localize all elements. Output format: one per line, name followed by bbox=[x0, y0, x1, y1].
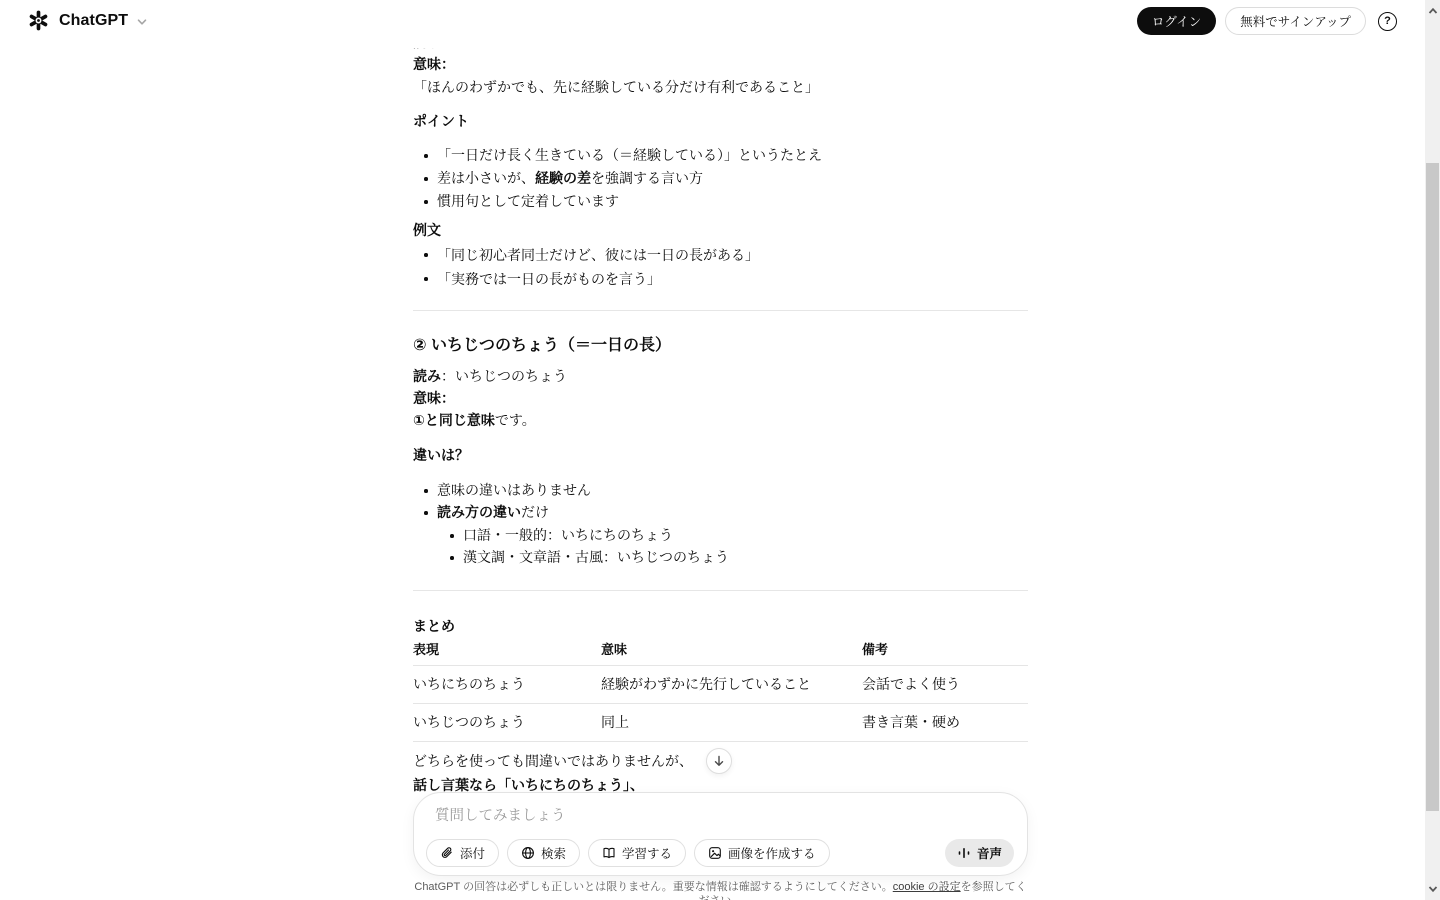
column-header: 意味 bbox=[601, 640, 862, 666]
image-icon bbox=[708, 846, 722, 860]
summary-table-wrap: 表現 意味 備考 いちにちのちょう 経験がわずかに先行していること 会話でよく使… bbox=[413, 640, 1028, 742]
openai-logo-icon bbox=[28, 10, 49, 31]
composer: 添付 検索 学習する 画像を作成する bbox=[413, 792, 1028, 876]
section1-meaning-label: 意味： bbox=[413, 53, 1028, 75]
scrollbar-up-arrow-icon[interactable] bbox=[1425, 3, 1440, 19]
cookie-settings-link[interactable]: cookie の設定 bbox=[893, 881, 961, 893]
top-bar: ChatGPT ログイン 無料でサインアップ ? bbox=[0, 0, 1425, 48]
examples-list: 「同じ初心者同士だけど、彼には一日の長がある」 「実務では一日の長がものを言う」 bbox=[413, 243, 1028, 291]
list-item: 読み方の違いだけ bbox=[413, 501, 1028, 523]
waveform-icon bbox=[957, 846, 971, 860]
difference-heading: 違いは？ bbox=[413, 444, 1028, 466]
table-row: いちじつのちょう 同上 書き言葉・硬め bbox=[413, 704, 1028, 742]
closing-text-bold: 話し言葉なら「いちにちのちょう」、 bbox=[413, 777, 644, 793]
difference-list: 意味の違いはありません 読み方の違いだけ 口語・一般的：いちにちのちょう 漢文調… bbox=[413, 479, 1028, 568]
meaning-rest: です。 bbox=[495, 412, 536, 428]
voice-button[interactable]: 音声 bbox=[945, 839, 1014, 867]
paperclip-icon bbox=[440, 846, 454, 860]
list-item: 「実務では一日の長がものを言う」 bbox=[413, 267, 1028, 291]
closing-text: どちらを使っても間違いではありませんが、 bbox=[413, 753, 693, 769]
example-text: 「同じ初心者同士だけど、彼には一日の長がある」 bbox=[437, 247, 759, 263]
study-button[interactable]: 学習する bbox=[588, 839, 686, 867]
meaning-bold: ①と同じ意味 bbox=[413, 412, 495, 428]
point-text: 慣用句として定着しています bbox=[437, 193, 619, 209]
create-image-button[interactable]: 画像を作成する bbox=[694, 839, 830, 867]
login-button[interactable]: ログイン bbox=[1137, 7, 1216, 35]
scrollbar bbox=[1425, 0, 1440, 900]
list-item: 慣用句として定着しています bbox=[413, 190, 1028, 213]
reading-value: ：いちじつのちょう bbox=[441, 368, 567, 384]
table-cell: いちにちのちょう bbox=[413, 666, 601, 704]
list-item: 「同じ初心者同士だけど、彼には一日の長がある」 bbox=[413, 243, 1028, 267]
composer-tools: 添付 検索 学習する 画像を作成する bbox=[426, 839, 830, 867]
examples-heading: 例文 bbox=[413, 219, 1028, 241]
table-row: いちにちのちょう 経験がわずかに先行していること 会話でよく使う bbox=[413, 666, 1028, 704]
list-item: 「一日だけ長く生きている（＝経験している）」というたとえ bbox=[413, 144, 1028, 167]
auth-actions: ログイン 無料でサインアップ ? bbox=[1137, 7, 1397, 35]
point-text: 差は小さいが、 bbox=[437, 170, 535, 186]
help-icon[interactable]: ? bbox=[1378, 12, 1397, 31]
scroll-to-bottom-button[interactable] bbox=[706, 748, 732, 774]
table-cell: 同上 bbox=[601, 704, 862, 742]
table-cell: 会話でよく使う bbox=[862, 666, 1028, 704]
disclaimer-text: ChatGPT の回答は必ずしも正しいとは限りません。重要な情報は確認するように… bbox=[414, 881, 892, 893]
list-item: 口語・一般的：いちにちのちょう bbox=[439, 524, 1028, 546]
create-image-label: 画像を作成する bbox=[728, 844, 816, 862]
disclaimer: ChatGPT の回答は必ずしも正しいとは限りません。重要な情報は確認するように… bbox=[413, 880, 1028, 900]
globe-icon bbox=[521, 846, 535, 860]
section2-reading: 読み：いちじつのちょう bbox=[413, 365, 1028, 387]
summary-heading: まとめ bbox=[413, 615, 1028, 637]
table-cell: いちじつのちょう bbox=[413, 704, 601, 742]
study-label: 学習する bbox=[622, 844, 672, 862]
attach-button[interactable]: 添付 bbox=[426, 839, 499, 867]
list-item: 漢文調・文章語・古風：いちじつのちょう bbox=[439, 546, 1028, 568]
points-list: 「一日だけ長く生きている（＝経験している）」というたとえ 差は小さいが、経験の差… bbox=[413, 144, 1028, 213]
chatgpt-app: ChatGPT ログイン 無料でサインアップ ? ① いちにちのおさ（＝一日の長… bbox=[0, 0, 1440, 900]
list-item: 意味の違いはありません bbox=[413, 479, 1028, 501]
scrollbar-thumb[interactable] bbox=[1426, 163, 1439, 811]
point-text: 「一日だけ長く生きている（＝経験している）」というたとえ bbox=[437, 147, 822, 163]
section2-title: ② いちじつのちょう（＝一日の長） bbox=[413, 335, 1028, 357]
diff-text-bold: 読み方の違い bbox=[437, 504, 521, 520]
sub-item-text: 口語・一般的：いちにちのちょう bbox=[463, 527, 673, 543]
point-text: を強調する言い方 bbox=[591, 170, 703, 186]
chevron-down-icon bbox=[136, 16, 148, 28]
model-switcher[interactable]: ChatGPT bbox=[28, 10, 148, 31]
diff-text: 意味の違いはありません bbox=[437, 482, 591, 498]
sub-item-text: 漢文調・文章語・古風：いちじつのちょう bbox=[463, 549, 729, 565]
diff-text: だけ bbox=[521, 504, 549, 520]
reading-label: 読み bbox=[413, 368, 441, 384]
point-text-bold: 経験の差 bbox=[535, 170, 591, 186]
example-text: 「実務では一日の長がものを言う」 bbox=[437, 271, 661, 287]
attach-label: 添付 bbox=[460, 844, 485, 862]
signup-button[interactable]: 無料でサインアップ bbox=[1225, 7, 1366, 35]
brand-title: ChatGPT bbox=[59, 12, 128, 30]
table-header-row: 表現 意味 備考 bbox=[413, 640, 1028, 666]
voice-label: 音声 bbox=[977, 844, 1002, 862]
list-item: 差は小さいが、経験の差を強調する言い方 bbox=[413, 167, 1028, 190]
book-icon bbox=[602, 846, 616, 860]
section2-meaning: ①と同じ意味です。 bbox=[413, 409, 1028, 431]
section1-meaning: 「ほんのわずかでも、先に経験している分だけ有利であること」 bbox=[413, 76, 1028, 98]
arrow-down-icon bbox=[712, 754, 726, 768]
column-header: 備考 bbox=[862, 640, 1028, 666]
section2-meaning-label: 意味： bbox=[413, 387, 1028, 409]
search-label: 検索 bbox=[541, 844, 566, 862]
summary-table: 表現 意味 備考 いちにちのちょう 経験がわずかに先行していること 会話でよく使… bbox=[413, 640, 1028, 742]
points-heading: ポイント bbox=[413, 110, 1028, 132]
table-cell: 書き言葉・硬め bbox=[862, 704, 1028, 742]
section-divider bbox=[413, 590, 1028, 591]
section-divider bbox=[413, 310, 1028, 311]
search-button[interactable]: 検索 bbox=[507, 839, 580, 867]
prompt-input[interactable] bbox=[435, 802, 855, 830]
table-cell: 経験がわずかに先行していること bbox=[601, 666, 862, 704]
column-header: 表現 bbox=[413, 640, 601, 666]
scrollbar-down-arrow-icon[interactable] bbox=[1425, 881, 1440, 897]
